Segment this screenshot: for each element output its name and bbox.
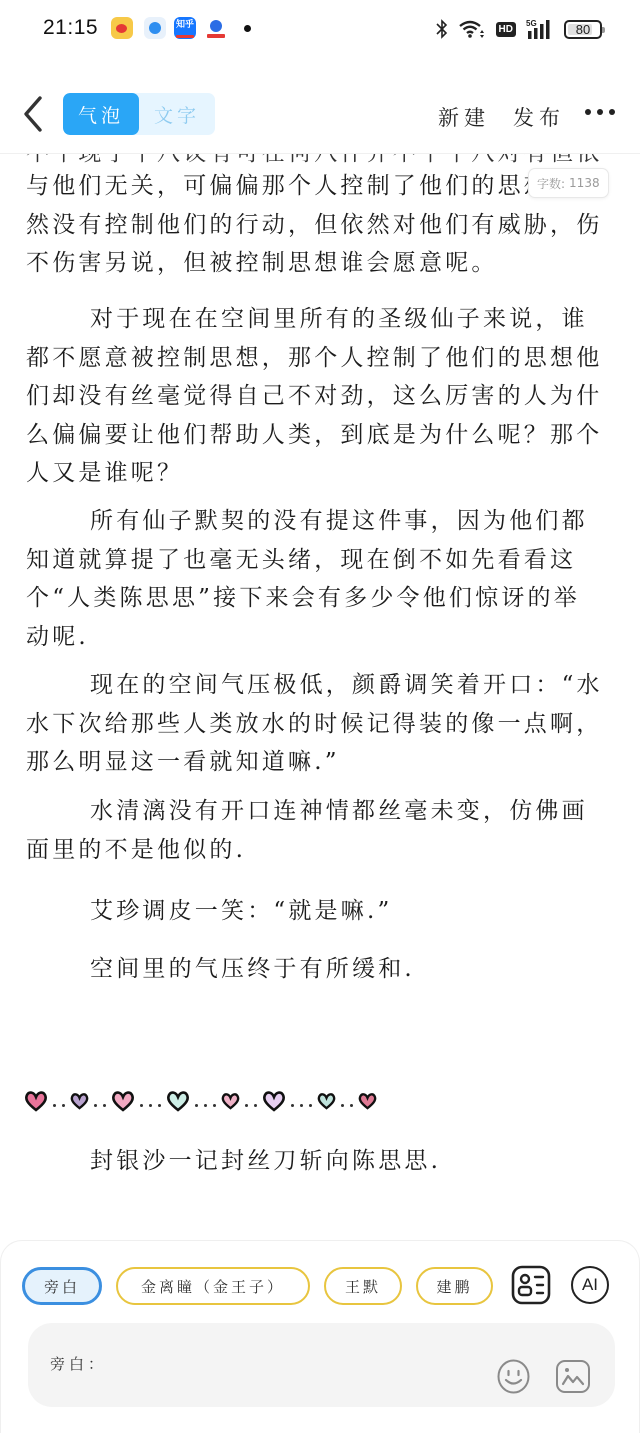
word-count-value: 1138 <box>569 176 600 190</box>
message-input[interactable]: 旁白： <box>28 1323 615 1407</box>
smiley-icon <box>497 1359 530 1394</box>
browser-icon <box>144 17 166 39</box>
more-notifications-dot-icon <box>244 25 251 32</box>
paragraph: 现在的空间气压极低，颜爵调笑着开口：“水水下次给那些人类放水的时候记得装的像一点… <box>26 666 606 782</box>
weibo-icon <box>111 17 133 39</box>
paragraph: 艾珍调皮一笑：“就是嘛.” <box>26 892 606 931</box>
top-navigation-bar: 气泡 文字 新建 发布 <box>0 80 640 154</box>
paragraph: 与他们无关，可偏偏那个人控制了他们的思想，虽然没有控制他们的行动，但依然对他们有… <box>26 167 606 283</box>
more-dot-icon <box>609 109 615 115</box>
heart-icon <box>317 1092 336 1110</box>
heart-icon <box>24 1090 48 1112</box>
status-bar: 21:15 知乎 HD 5G 80 <box>0 0 640 60</box>
paragraph: 水清漓没有开口连神情都丝毫未变，仿佛画面里的不是他似的. <box>26 792 606 869</box>
bluetooth-icon <box>436 18 448 40</box>
story-content[interactable]: 不干现手个八议有可在何八什介不干个八对有但依 字数: 1138 与他们无关，可偏… <box>0 130 640 1240</box>
profile-card-icon <box>511 1265 551 1305</box>
more-dot-icon <box>585 109 591 115</box>
heart-icon <box>166 1090 190 1112</box>
publish-button[interactable]: 发布 <box>513 102 565 132</box>
heart-icon <box>70 1092 89 1110</box>
ai-icon: AI <box>571 1266 609 1304</box>
heart-icon <box>111 1090 135 1112</box>
clock: 21:15 <box>43 16 98 40</box>
ai-button[interactable]: AI <box>570 1265 610 1305</box>
back-button[interactable] <box>18 94 52 134</box>
role-chip-jin-li-tong[interactable]: 金离瞳（金王子） <box>116 1267 310 1305</box>
zhihu-icon: 知乎 <box>174 17 196 39</box>
tab-text[interactable]: 文字 <box>139 93 215 135</box>
wifi-icon <box>458 18 486 40</box>
new-button[interactable]: 新建 <box>438 102 490 132</box>
baidu-icon <box>205 17 227 39</box>
role-chip-wang-mo[interactable]: 王默 <box>324 1267 402 1305</box>
paragraph: 对于现在在空间里所有的圣级仙子来说，谁都不愿意被控制思想，那个人控制了他们的思想… <box>26 300 606 493</box>
hearts-divider-image <box>24 1085 454 1117</box>
svg-text:5G: 5G <box>526 19 537 28</box>
image-icon <box>555 1359 591 1394</box>
image-upload-button[interactable] <box>555 1359 591 1394</box>
role-chip-jian-peng[interactable]: 建鹏 <box>416 1267 493 1305</box>
mode-switch: 气泡 文字 <box>63 93 215 135</box>
paragraph: 所有仙子默契的没有提这件事，因为他们都知道就算提了也毫无头绪，现在倒不如先看看这… <box>26 502 606 656</box>
heart-icon <box>221 1092 240 1110</box>
composer-panel: 旁白 金离瞳（金王子） 王默 建鹏 AI 旁白： <box>0 1240 640 1433</box>
paragraph: 封银沙一记封丝刀斩向陈思思. <box>26 1142 606 1181</box>
heart-icon <box>358 1092 377 1110</box>
heart-icon <box>262 1090 286 1112</box>
word-count-label: 字数: <box>537 175 565 192</box>
more-options-button[interactable] <box>585 105 615 119</box>
hd-icon: HD <box>496 18 516 40</box>
word-count-badge: 字数: 1138 <box>528 168 609 198</box>
emoji-button[interactable] <box>497 1359 530 1394</box>
paragraph: 空间里的气压终于有所缓和. <box>26 950 606 989</box>
role-chip-narrator[interactable]: 旁白 <box>22 1267 102 1305</box>
battery-icon: 80 <box>564 20 602 39</box>
character-manage-button[interactable] <box>511 1265 551 1305</box>
cellular-signal-icon: 5G <box>526 18 554 40</box>
input-role-prefix: 旁白： <box>50 1353 107 1374</box>
role-selector: 旁白 金离瞳（金王子） 王默 建鹏 <box>22 1267 493 1305</box>
chevron-left-icon <box>18 94 52 134</box>
more-dot-icon <box>597 109 603 115</box>
tab-bubble[interactable]: 气泡 <box>63 93 139 135</box>
